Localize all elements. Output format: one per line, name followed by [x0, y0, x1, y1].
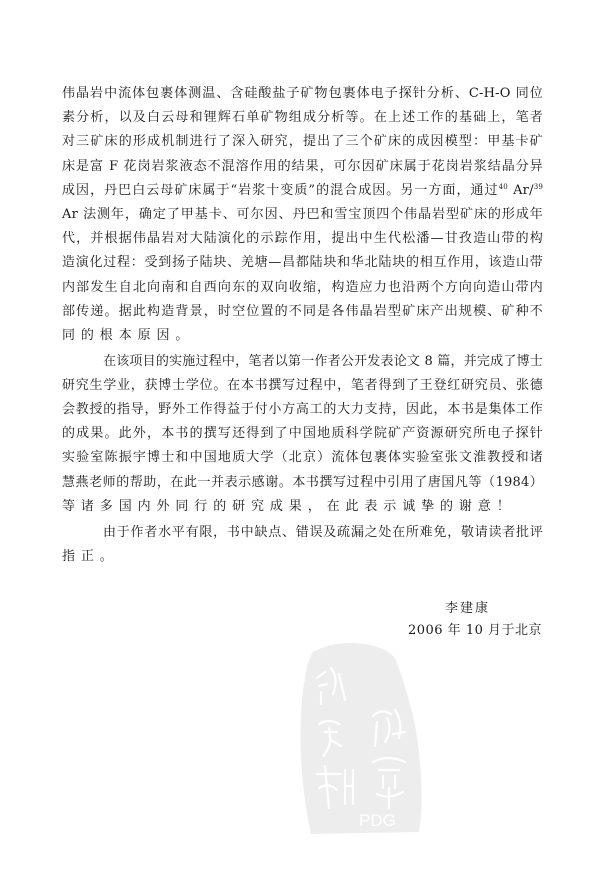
- paragraph-3: 由于作者水平有限，书中缺点、错误及疏漏之处在所难免，敬请读者批评 指正。: [62, 521, 543, 569]
- text-line-isotope: 成因，丹巴白云母矿床属于“岩浆十变质”的混合成因。另一方面，通过40 Ar/39: [62, 179, 543, 203]
- text-fragment: Ar/: [508, 183, 534, 198]
- text-line: 慧燕老师的帮助，在此一并表示感谢。本书撰写过程中引用了唐国凡等（1984）: [62, 471, 543, 495]
- text-line: Ar 法测年，确定了甲基卡、可尔因、丹巴和雪宝顶四个伟晶岩型矿床的形成年: [62, 203, 543, 227]
- text-line: 同的根本原因。: [62, 324, 543, 348]
- text-line: 内部发生自北向南和自西向东的双向收缩，构造应力也沿两个方向向造山带内: [62, 276, 543, 300]
- text-line: 研究生学业，获博士学位。在本书撰写过程中，笔者得到了王登红研究员、张德: [62, 374, 543, 398]
- preface-body: 伟晶岩中流体包裹体测温、含硅酸盐子矿物包裹体电子探针分析、C-H-O 同位 素分…: [62, 82, 543, 569]
- text-line: 代，并根据伟晶岩对大陆演化的示踪作用，提出中生代松潘—甘孜造山带的构: [62, 227, 543, 251]
- text-line: 会教授的指导，野外工作得益于付小方高工的大力支持，因此，本书是集体工作: [62, 398, 543, 422]
- pdg-watermark: PDG: [295, 638, 431, 838]
- seal-stone-icon: PDG: [295, 638, 431, 838]
- watermark-label: PDG: [359, 811, 396, 830]
- text-fragment: 成因，丹巴白云母矿床属于“岩浆十变质”的混合成因。另一方面，通过: [62, 183, 499, 198]
- text-line: 由于作者水平有限，书中缺点、错误及疏漏之处在所难免，敬请读者批评: [62, 521, 543, 545]
- text-line: 造演化过程：受到扬子陆块、羌塘—昌都陆块和华北陆块的相互作用，该造山带: [62, 251, 543, 275]
- text-line: 在该项目的实施过程中，笔者以第一作者公开发表论文 8 篇，并完成了博士: [62, 350, 543, 374]
- author-name: 李建康: [408, 598, 542, 620]
- text-line: 部传递。据此构造背景，时空位置的不同是各伟晶岩型矿床产出规模、矿种不: [62, 300, 543, 324]
- text-line: 素分析，以及白云母和锂辉石单矿物组成分析等。在上述工作的基础上，笔者: [62, 106, 543, 130]
- text-line: 对三矿床的形成机制进行了深入研究，提出了三个矿床的成因模型：甲基卡矿: [62, 130, 543, 154]
- paragraph-2: 在该项目的实施过程中，笔者以第一作者公开发表论文 8 篇，并完成了博士 研究生学…: [62, 350, 543, 519]
- text-line: 等诸多国内外同行的研究成果，在此表示诚挚的谢意！: [62, 495, 543, 519]
- text-line: 的成果。此外，本书的撰写还得到了中国地质科学院矿产资源研究所电子探针: [62, 422, 543, 446]
- text-line: 实验室陈振宇博士和中国地质大学（北京）流体包裹体实验室张文淮教授和诸: [62, 446, 543, 470]
- signature-block: 李建康 2006 年 10 月于北京: [408, 598, 542, 642]
- text-line: 指正。: [62, 545, 543, 569]
- superscript-40: 40: [499, 183, 508, 191]
- superscript-39: 39: [534, 183, 543, 191]
- document-page: 伟晶岩中流体包裹体测温、含硅酸盐子矿物包裹体电子探针分析、C-H-O 同位 素分…: [0, 0, 590, 880]
- text-line: 伟晶岩中流体包裹体测温、含硅酸盐子矿物包裹体电子探针分析、C-H-O 同位: [62, 82, 543, 106]
- text-line: 床是富 F 花岗岩浆液态不混溶作用的结果，可尔因矿床属于花岗岩浆结晶分异: [62, 155, 543, 179]
- paragraph-1: 伟晶岩中流体包裹体测温、含硅酸盐子矿物包裹体电子探针分析、C-H-O 同位 素分…: [62, 82, 543, 348]
